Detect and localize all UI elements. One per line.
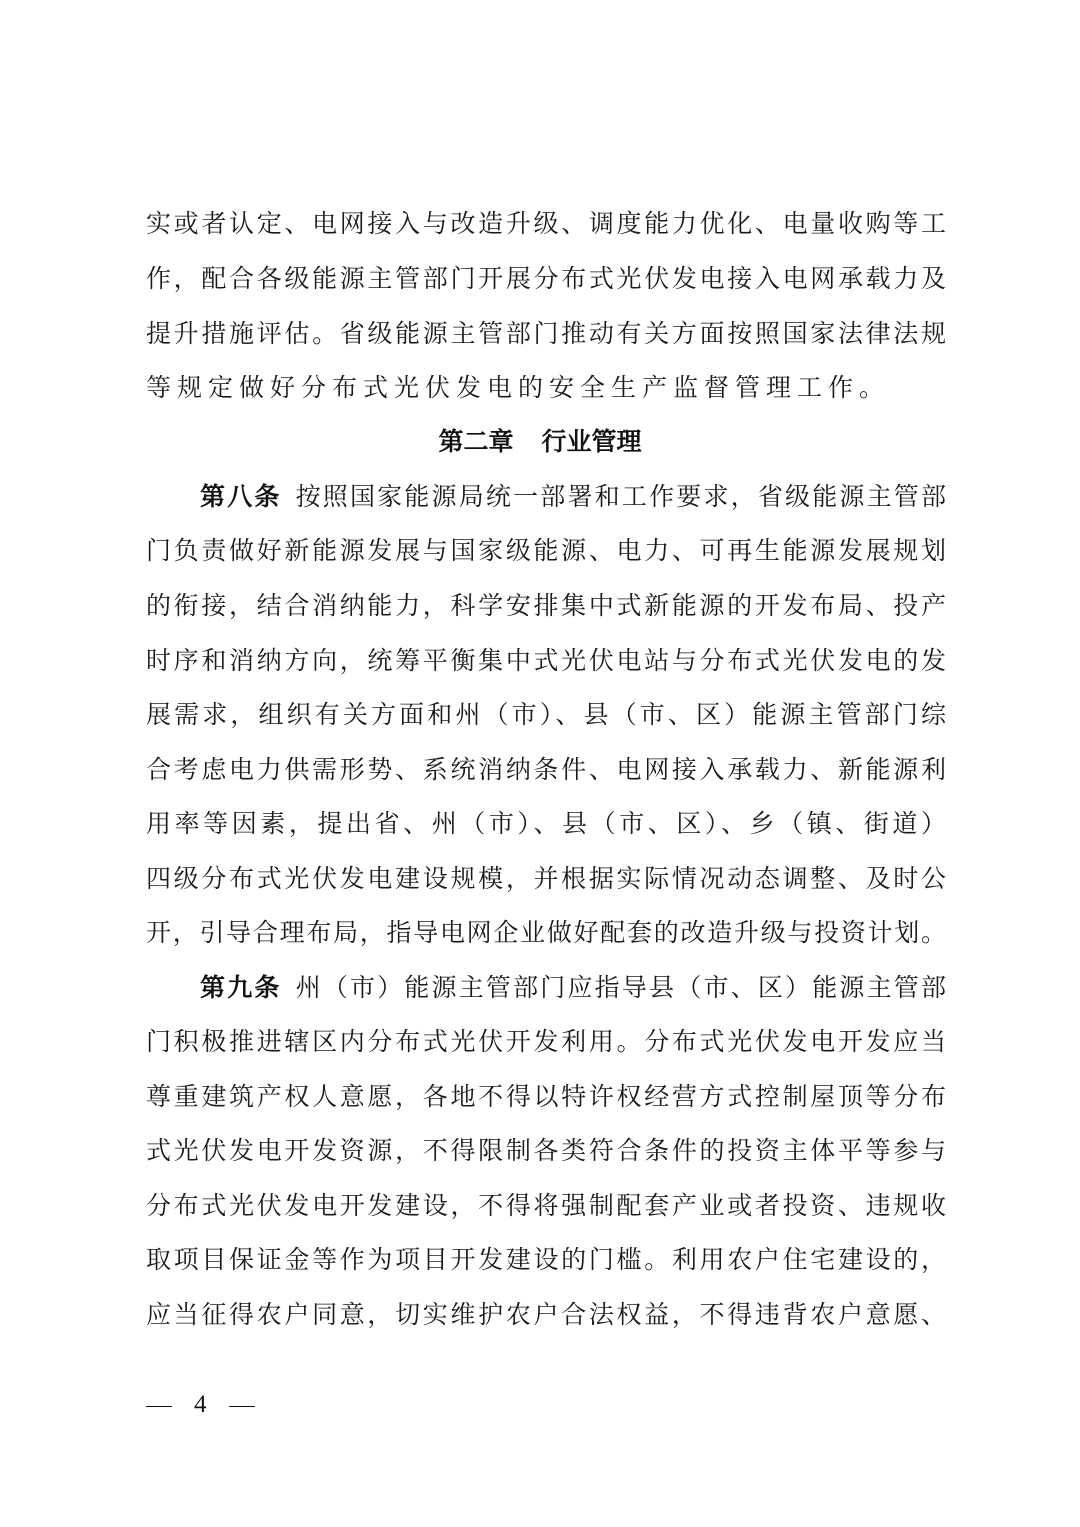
paragraph-line: 用率等因素，提出省、州（市）、县（市、区）、乡（镇、街道） [146, 804, 946, 844]
paragraph-line: 应当征得农户同意，切实维护农户合法权益，不得违背农户意愿、 [146, 1295, 946, 1335]
paragraph-line: 作，配合各级能源主管部门开展分布式光伏发电接入电网承载力及 [146, 259, 946, 299]
chapter-title: 行业管理 [542, 427, 642, 456]
page-footer: 4 [146, 1388, 255, 1422]
paragraph-line: 等规定做好分布式光伏发电的安全生产监督管理工作。 [146, 368, 946, 408]
paragraph-line: 门积极推进辖区内分布式光伏开发利用。分布式光伏发电开发应当 [146, 1022, 946, 1062]
dash-right [229, 1406, 255, 1407]
paragraph-line: 时序和消纳方向，统筹平衡集中式光伏电站与分布式光伏发电的发 [146, 641, 946, 681]
paragraph-line: 取项目保证金等作为项目开发建设的门槛。利用农户住宅建设的， [146, 1240, 946, 1280]
paragraph-line: 提升措施评估。省级能源主管部门推动有关方面按照国家法律法规 [146, 314, 946, 354]
chapter-heading: 第二章行业管理 [0, 422, 1080, 462]
paragraph-line: 合考虑电力供需形势、系统消纳条件、电网接入承载力、新能源利 [146, 750, 946, 790]
page-number: 4 [194, 1388, 207, 1422]
article-8-label: 第八条 [200, 482, 282, 511]
paragraph-line: 式光伏发电开发资源，不得限制各类符合条件的投资主体平等参与 [146, 1131, 946, 1171]
paragraph-line: 四级分布式光伏发电建设规模，并根据实际情况动态调整、及时公 [146, 859, 946, 899]
paragraph-line: 展需求，组织有关方面和州（市）、县（市、区）能源主管部门综 [146, 695, 946, 735]
document-page: 实或者认定、电网接入与改造升级、调度能力优化、电量收购等工 作，配合各级能源主管… [0, 0, 1080, 1527]
chapter-number: 第二章 [438, 427, 513, 456]
dash-left [146, 1406, 172, 1407]
paragraph-line: 开，引导合理布局，指导电网企业做好配套的改造升级与投资计划。 [146, 913, 946, 953]
article-9-label: 第九条 [200, 973, 282, 1002]
article-8-text: 按照国家能源局统一部署和工作要求，省级能源主管部 [296, 482, 946, 511]
article-8-first-line: 第八条按照国家能源局统一部署和工作要求，省级能源主管部 [200, 477, 946, 517]
paragraph-line: 门负责做好新能源发展与国家级能源、电力、可再生能源发展规划 [146, 531, 946, 571]
paragraph-line: 尊重建筑产权人意愿，各地不得以特许权经营方式控制屋顶等分布 [146, 1077, 946, 1117]
article-9-first-line: 第九条州（市）能源主管部门应指导县（市、区）能源主管部 [200, 968, 946, 1008]
paragraph-line: 实或者认定、电网接入与改造升级、调度能力优化、电量收购等工 [146, 204, 946, 244]
paragraph-line: 分布式光伏发电开发建设，不得将强制配套产业或者投资、违规收 [146, 1186, 946, 1226]
paragraph-line: 的衔接，结合消纳能力，科学安排集中式新能源的开发布局、投产 [146, 586, 946, 626]
article-9-text: 州（市）能源主管部门应指导县（市、区）能源主管部 [296, 973, 946, 1002]
